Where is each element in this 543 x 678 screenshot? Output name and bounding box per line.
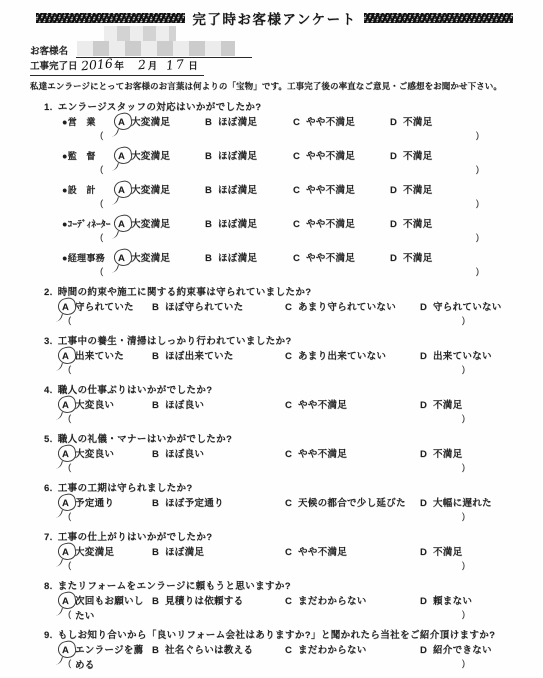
paren-open: ( xyxy=(100,266,103,278)
question-number: 7. xyxy=(44,530,53,545)
option-letter: D xyxy=(420,594,429,609)
option-letter: B xyxy=(205,217,214,232)
option-label: やや不満足 xyxy=(306,115,355,130)
intro-text: 私達エンラージにとってお客様のお言葉は何よりの「宝物」です。工事完了後の率直なご… xyxy=(30,80,502,92)
option-letter: B xyxy=(205,115,214,130)
paren-close: ) xyxy=(476,232,479,244)
question-5: 5.職人の礼儀・マナーはいかがでしたか?A大変良いBほぼ良いCやや不満足D不満足… xyxy=(0,432,543,474)
option-label: 大幅に遅れた xyxy=(433,496,492,511)
option-row: ●ｺｰﾃﾞｨﾈｰﾀｰA大変満足Bほぼ満足Cやや不満足D不満足 xyxy=(0,217,543,232)
option-letter: B xyxy=(152,643,161,658)
question-9: 9.もしお知り合いから「良いリフォーム会社はありますか?」と聞かれたら当社をご紹… xyxy=(0,628,543,670)
option-label: 大変満足 xyxy=(131,183,170,198)
option-a: A出来ていた xyxy=(62,349,152,364)
option-c: Cまだわからない xyxy=(285,643,420,658)
option-letter: D xyxy=(420,496,429,511)
question-number: 4. xyxy=(44,383,53,398)
paren-close: ) xyxy=(462,315,465,327)
option-label: 不満足 xyxy=(433,545,462,560)
option-label: 出来ていた xyxy=(75,349,124,364)
option-label: 社名ぐらいは教える xyxy=(165,643,253,658)
option-label: 不満足 xyxy=(403,217,432,232)
option-label: 大変満足 xyxy=(131,115,170,130)
paren-open: ( xyxy=(68,658,71,670)
option-label: ほぼ満足 xyxy=(218,251,257,266)
option-label: 大変良い xyxy=(75,398,114,413)
question-text: エンラージスタッフの対応はいかがでしたか? xyxy=(58,100,262,115)
option-c: Cやや不満足 xyxy=(285,545,420,560)
staff-category-label: ●経理事務 xyxy=(62,251,118,266)
option-a: A大変満足 xyxy=(118,251,205,266)
option-label: やや不満足 xyxy=(306,251,355,266)
question-3: 3.工事中の養生・清掃はしっかり行われていましたか?A出来ていたBほぼ出来ていた… xyxy=(0,334,543,376)
option-b: Bほぼ良い xyxy=(152,447,285,462)
comment-parens: () xyxy=(0,164,543,176)
option-c: Cやや不満足 xyxy=(293,183,390,198)
paren-open: ( xyxy=(68,560,71,572)
option-label: 予定通り xyxy=(75,496,114,511)
option-label: ほぼ満足 xyxy=(218,183,257,198)
paren-open: ( xyxy=(100,198,103,210)
option-label: エンラージを薦める xyxy=(75,643,152,673)
staff-category-label: ●営 業 xyxy=(62,115,118,130)
option-letter: D xyxy=(390,183,399,198)
question-number: 3. xyxy=(44,334,53,349)
option-d: D頼まない xyxy=(420,594,472,609)
question-title: 4.職人の仕事ぶりはいかがでしたか? xyxy=(0,383,543,398)
option-label: ほぼ満足 xyxy=(218,149,257,164)
option-letter: B xyxy=(205,149,214,164)
selected-option-circle: A xyxy=(118,115,127,130)
question-title: 3.工事中の養生・清掃はしっかり行われていましたか? xyxy=(0,334,543,349)
selected-option-circle: A xyxy=(62,447,71,462)
option-a: A予定通り xyxy=(62,496,152,511)
option-row: A大変良いBほぼ良いCやや不満足D不満足 xyxy=(0,398,543,413)
option-label: ほぼ守られていた xyxy=(165,300,243,315)
option-letter: C xyxy=(285,545,294,560)
question-number: 1. xyxy=(44,100,53,115)
option-c: Cやや不満足 xyxy=(293,251,390,266)
option-row: Aエンラージを薦めるB社名ぐらいは教えるCまだわからないD紹介できない xyxy=(0,643,543,658)
option-label: ほぼ満足 xyxy=(218,115,257,130)
option-label: 不満足 xyxy=(433,447,462,462)
selected-option-circle: A xyxy=(62,349,71,364)
option-label: 大変良い xyxy=(75,447,114,462)
option-label: ほぼ良い xyxy=(165,398,204,413)
option-a: A大変満足 xyxy=(118,115,205,130)
option-b: Bほぼ満足 xyxy=(205,149,293,164)
selected-option-circle: A xyxy=(62,496,71,511)
option-d: D不満足 xyxy=(390,183,432,198)
option-c: Cやや不満足 xyxy=(293,217,390,232)
paren-open: ( xyxy=(68,413,71,425)
option-a: A大変満足 xyxy=(118,183,205,198)
option-letter: C xyxy=(293,251,302,266)
option-d: D出来ていない xyxy=(420,349,492,364)
comment-parens: () xyxy=(0,413,543,425)
option-label: やや不満足 xyxy=(298,398,347,413)
paren-open: ( xyxy=(100,232,103,244)
question-2: 2.時間の約束や施工に関する約束事は守られていましたか?A守られていたBほぼ守ら… xyxy=(0,285,543,327)
paren-open: ( xyxy=(68,364,71,376)
option-d: D紹介できない xyxy=(420,643,492,658)
option-d: D不満足 xyxy=(390,115,432,130)
option-letter: B xyxy=(205,183,214,198)
comment-parens: () xyxy=(0,511,543,523)
option-letter: B xyxy=(152,349,161,364)
handwritten-month: 2 xyxy=(137,57,146,73)
completion-date-label: 工事完了日 xyxy=(30,58,78,72)
comment-parens: () xyxy=(0,266,543,278)
question-text: またリフォームをエンラージに頼もうと思いますか? xyxy=(58,579,291,594)
option-row: ●営 業A大変満足Bほぼ満足Cやや不満足D不満足 xyxy=(0,115,543,130)
customer-name-redaction-top xyxy=(104,26,176,42)
option-letter: B xyxy=(152,496,161,511)
option-label: 不満足 xyxy=(433,398,462,413)
option-d: D不満足 xyxy=(420,447,462,462)
selected-option-circle: A xyxy=(62,545,71,560)
option-label: 守られていた xyxy=(75,300,134,315)
option-row: A大変満足Bほぼ満足Cやや不満足D不満足 xyxy=(0,545,543,560)
paren-open: ( xyxy=(68,609,71,621)
option-label: 次回もお願いしたい xyxy=(75,594,152,624)
question-4: 4.職人の仕事ぶりはいかがでしたか?A大変良いBほぼ良いCやや不満足D不満足() xyxy=(0,383,543,425)
comment-parens: () xyxy=(0,560,543,572)
staff-category-label: ●ｺｰﾃﾞｨﾈｰﾀｰ xyxy=(62,217,118,232)
selected-option-circle: A xyxy=(118,217,127,232)
option-d: D大幅に遅れた xyxy=(420,496,492,511)
option-label: 天候の都合で少し延びた xyxy=(298,496,406,511)
option-letter: C xyxy=(285,300,294,315)
paren-open: ( xyxy=(68,511,71,523)
option-d: D不満足 xyxy=(390,251,432,266)
option-letter: C xyxy=(293,183,302,198)
option-letter: D xyxy=(420,447,429,462)
option-label: やや不満足 xyxy=(306,149,355,164)
comment-parens: () xyxy=(0,130,543,142)
option-letter: D xyxy=(420,398,429,413)
option-row: A予定通りBほぼ予定通りC天候の都合で少し延びたD大幅に遅れた xyxy=(0,496,543,511)
option-b: Bほぼ満足 xyxy=(205,115,293,130)
question-6: 6.工事の工期は守られましたか?A予定通りBほぼ予定通りC天候の都合で少し延びた… xyxy=(0,481,543,523)
option-label: あまり出来ていない xyxy=(298,349,386,364)
paren-close: ) xyxy=(476,266,479,278)
question-title: 6.工事の工期は守られましたか? xyxy=(0,481,543,496)
option-label: 不満足 xyxy=(403,149,432,164)
option-d: D不満足 xyxy=(390,217,432,232)
option-row: A出来ていたBほぼ出来ていたCあまり出来ていないD出来ていない xyxy=(0,349,543,364)
selected-option-circle: A xyxy=(62,398,71,413)
document-header: 完了時お客様アンケート xyxy=(36,8,513,28)
option-letter: C xyxy=(293,217,302,232)
option-b: B見積りは依頼する xyxy=(152,594,285,609)
comment-parens: () xyxy=(0,198,543,210)
option-letter: B xyxy=(152,447,161,462)
option-c: Cやや不満足 xyxy=(293,149,390,164)
option-label: 紹介できない xyxy=(433,643,492,658)
option-label: やや不満足 xyxy=(298,545,347,560)
option-a: A大変満足 xyxy=(118,149,205,164)
decorative-band-left xyxy=(36,13,185,23)
option-row: A守られていたBほぼ守られていたCあまり守られていないD守られていない xyxy=(0,300,543,315)
option-label: やや不満足 xyxy=(298,447,347,462)
survey-document: 完了時お客様アンケート お客様名 工事完了日 2016 年 2 月 17 日 私… xyxy=(0,0,543,678)
option-label: やや不満足 xyxy=(306,183,355,198)
option-label: ほぼ満足 xyxy=(165,545,204,560)
option-a: A大変良い xyxy=(62,447,152,462)
option-b: Bほぼ守られていた xyxy=(152,300,285,315)
option-label: まだわからない xyxy=(298,643,367,658)
selected-option-circle: A xyxy=(62,300,71,315)
option-letter: C xyxy=(285,594,294,609)
paren-close: ) xyxy=(476,198,479,210)
question-title: 7.工事の仕上がりはいかがでしたか? xyxy=(0,530,543,545)
option-label: 見積りは依頼する xyxy=(165,594,243,609)
paren-open: ( xyxy=(100,164,103,176)
paren-close: ) xyxy=(462,364,465,376)
question-number: 9. xyxy=(44,628,53,643)
option-letter: C xyxy=(293,149,302,164)
option-a: A守られていた xyxy=(62,300,152,315)
question-text: もしお知り合いから「良いリフォーム会社はありますか?」と聞かれたら当社をご紹介頂… xyxy=(58,628,496,643)
option-d: D不満足 xyxy=(390,149,432,164)
question-text: 工事の工期は守られましたか? xyxy=(58,481,193,496)
paren-close: ) xyxy=(462,609,465,621)
option-label: やや不満足 xyxy=(306,217,355,232)
paren-open: ( xyxy=(68,462,71,474)
option-b: Bほぼ良い xyxy=(152,398,285,413)
option-letter: C xyxy=(285,496,294,511)
question-number: 2. xyxy=(44,285,53,300)
option-label: 守られていない xyxy=(433,300,502,315)
paren-open: ( xyxy=(68,315,71,327)
option-label: ほぼ出来ていた xyxy=(165,349,234,364)
option-a: A大変満足 xyxy=(62,545,152,560)
option-label: ほぼ予定通り xyxy=(165,496,224,511)
selected-option-circle: A xyxy=(118,183,127,198)
handwritten-day: 17 xyxy=(166,56,187,73)
question-title: 8.またリフォームをエンラージに頼もうと思いますか? xyxy=(0,579,543,594)
option-letter: B xyxy=(152,398,161,413)
option-letter: B xyxy=(152,300,161,315)
option-a: Aエンラージを薦める xyxy=(62,643,152,673)
comment-parens: () xyxy=(0,232,543,244)
customer-name-label: お客様名 xyxy=(30,46,68,57)
option-letter: C xyxy=(285,398,294,413)
option-b: Bほぼ満足 xyxy=(152,545,285,560)
option-label: まだわからない xyxy=(298,594,367,609)
option-letter: D xyxy=(390,115,399,130)
option-letter: D xyxy=(420,545,429,560)
paren-open: ( xyxy=(100,130,103,142)
option-c: Cやや不満足 xyxy=(285,398,420,413)
option-a: A大変満足 xyxy=(118,217,205,232)
question-number: 6. xyxy=(44,481,53,496)
option-letter: D xyxy=(390,251,399,266)
paren-close: ) xyxy=(462,413,465,425)
option-d: D不満足 xyxy=(420,398,462,413)
option-c: Cあまり出来ていない xyxy=(285,349,420,364)
option-b: Bほぼ出来ていた xyxy=(152,349,285,364)
comment-parens: () xyxy=(0,462,543,474)
option-label: 不満足 xyxy=(403,251,432,266)
paren-close: ) xyxy=(476,130,479,142)
selected-option-circle: A xyxy=(118,149,127,164)
option-letter: C xyxy=(285,447,294,462)
customer-name-field: お客様名 xyxy=(30,43,68,57)
option-label: 頼まない xyxy=(433,594,472,609)
paren-close: ) xyxy=(462,560,465,572)
question-text: 職人の礼儀・マナーはいかがでしたか? xyxy=(58,432,233,447)
decorative-band-right xyxy=(364,13,513,23)
paren-close: ) xyxy=(462,511,465,523)
option-label: 大変満足 xyxy=(75,545,114,560)
option-a: A次回もお願いしたい xyxy=(62,594,152,624)
option-label: あまり守られていない xyxy=(298,300,396,315)
selected-option-circle: A xyxy=(118,251,127,266)
option-label: 出来ていない xyxy=(433,349,492,364)
comment-parens: () xyxy=(0,364,543,376)
option-letter: D xyxy=(420,643,429,658)
paren-close: ) xyxy=(462,658,465,670)
option-label: 不満足 xyxy=(403,115,432,130)
option-row: ●経理事務A大変満足Bほぼ満足Cやや不満足D不満足 xyxy=(0,251,543,266)
option-label: 不満足 xyxy=(403,183,432,198)
question-1: 1.エンラージスタッフの対応はいかがでしたか?●営 業A大変満足Bほぼ満足Cやや… xyxy=(0,100,543,278)
question-text: 工事の仕上がりはいかがでしたか? xyxy=(58,530,213,545)
option-letter: D xyxy=(420,300,429,315)
option-letter: C xyxy=(285,643,294,658)
option-c: Cあまり守られていない xyxy=(285,300,420,315)
question-text: 時間の約束や施工に関する約束事は守られていましたか? xyxy=(58,285,312,300)
option-letter: B xyxy=(205,251,214,266)
option-d: D不満足 xyxy=(420,545,462,560)
selected-option-circle: A xyxy=(62,643,71,658)
option-c: Cまだわからない xyxy=(285,594,420,609)
question-title: 2.時間の約束や施工に関する約束事は守られていましたか? xyxy=(0,285,543,300)
option-b: Bほぼ予定通り xyxy=(152,496,285,511)
option-b: Bほぼ満足 xyxy=(205,183,293,198)
questions: 1.エンラージスタッフの対応はいかがでしたか?●営 業A大変満足Bほぼ満足Cやや… xyxy=(0,100,543,677)
month-unit: 月 xyxy=(148,58,158,72)
option-label: ほぼ良い xyxy=(165,447,204,462)
option-row: A大変良いBほぼ良いCやや不満足D不満足 xyxy=(0,447,543,462)
question-number: 5. xyxy=(44,432,53,447)
question-number: 8. xyxy=(44,579,53,594)
option-label: ほぼ満足 xyxy=(218,217,257,232)
comment-parens: () xyxy=(0,315,543,327)
option-label: 大変満足 xyxy=(131,149,170,164)
question-text: 工事中の養生・清掃はしっかり行われていましたか? xyxy=(58,334,292,349)
handwritten-year: 2016 xyxy=(80,56,113,74)
option-b: Bほぼ満足 xyxy=(205,217,293,232)
option-row: ●設 計A大変満足Bほぼ満足Cやや不満足D不満足 xyxy=(0,183,543,198)
question-title: 9.もしお知り合いから「良いリフォーム会社はありますか?」と聞かれたら当社をご紹… xyxy=(0,628,543,643)
option-letter: D xyxy=(390,217,399,232)
option-c: C天候の都合で少し延びた xyxy=(285,496,420,511)
option-row: ●監 督A大変満足Bほぼ満足Cやや不満足D不満足 xyxy=(0,149,543,164)
staff-category-label: ●監 督 xyxy=(62,149,118,164)
option-letter: B xyxy=(152,594,161,609)
option-a: A大変良い xyxy=(62,398,152,413)
option-b: B社名ぐらいは教える xyxy=(152,643,285,658)
paren-close: ) xyxy=(462,462,465,474)
year-unit: 年 xyxy=(114,58,124,72)
staff-category-label: ●設 計 xyxy=(62,183,118,198)
question-text: 職人の仕事ぶりはいかがでしたか? xyxy=(58,383,213,398)
paren-close: ) xyxy=(476,164,479,176)
option-d: D守られていない xyxy=(420,300,502,315)
option-c: Cやや不満足 xyxy=(293,115,390,130)
option-b: Bほぼ満足 xyxy=(205,251,293,266)
option-letter: D xyxy=(420,349,429,364)
page-title: 完了時お客様アンケート xyxy=(192,8,356,28)
option-label: 大変満足 xyxy=(131,251,170,266)
option-letter: C xyxy=(285,349,294,364)
question-8: 8.またリフォームをエンラージに頼もうと思いますか?A次回もお願いしたいB見積り… xyxy=(0,579,543,621)
option-c: Cやや不満足 xyxy=(285,447,420,462)
option-row: A次回もお願いしたいB見積りは依頼するCまだわからないD頼まない xyxy=(0,594,543,609)
question-7: 7.工事の仕上がりはいかがでしたか?A大変満足Bほぼ満足Cやや不満足D不満足() xyxy=(0,530,543,572)
completion-date-field: 工事完了日 2016 年 2 月 17 日 xyxy=(30,57,204,76)
day-unit: 日 xyxy=(188,58,198,72)
option-letter: C xyxy=(293,115,302,130)
question-title: 1.エンラージスタッフの対応はいかがでしたか? xyxy=(0,100,543,115)
option-letter: D xyxy=(390,149,399,164)
selected-option-circle: A xyxy=(62,594,71,609)
option-label: 大変満足 xyxy=(131,217,170,232)
option-letter: B xyxy=(152,545,161,560)
question-title: 5.職人の礼儀・マナーはいかがでしたか? xyxy=(0,432,543,447)
